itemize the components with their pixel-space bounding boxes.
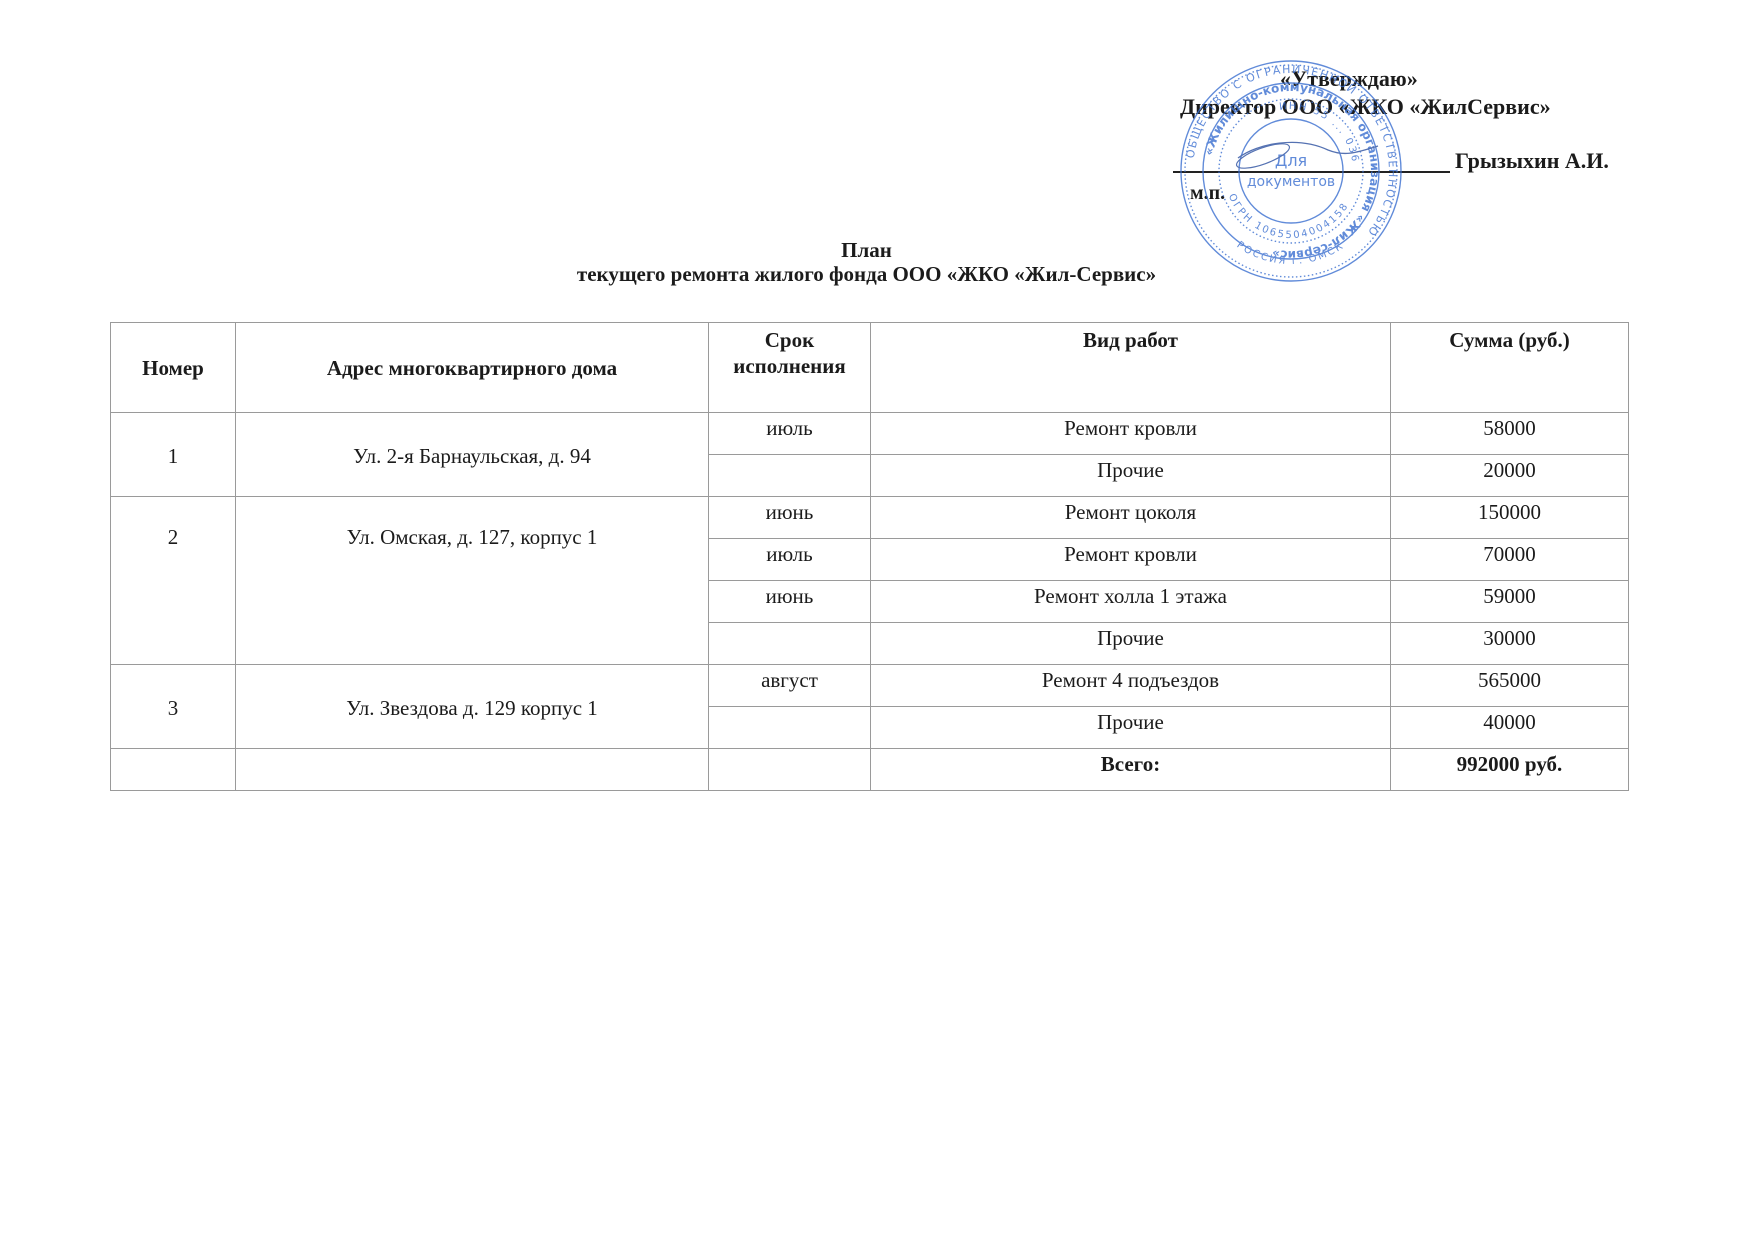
- cell-deadline: [709, 623, 871, 665]
- cell-sum: 30000: [1391, 623, 1629, 665]
- cell-work-type: Прочие: [871, 455, 1391, 497]
- cell-number: 1: [111, 413, 236, 497]
- table-row: 2Ул. Омская, д. 127, корпус 1июньРемонт …: [111, 497, 1629, 539]
- stamp-center-line1: Для: [1275, 151, 1307, 170]
- header-sum: Сумма (руб.): [1391, 323, 1629, 413]
- stamp-ogrn: ОГРН 1065504004158: [1226, 192, 1352, 241]
- cell-work-type: Ремонт кровли: [871, 413, 1391, 455]
- document-subtitle: текущего ремонта жилого фонда ООО «ЖКО «…: [0, 262, 1743, 286]
- signer-name: Грызыхин А.И.: [1455, 150, 1609, 172]
- table-row: 1Ул. 2-я Барнаульская, д. 94июльРемонт к…: [111, 413, 1629, 455]
- repair-plan-table: Номер Адрес многоквартирного дома Срок и…: [110, 322, 1629, 791]
- cell-work-type: Прочие: [871, 623, 1391, 665]
- cell-deadline: июль: [709, 539, 871, 581]
- cell-sum: 150000: [1391, 497, 1629, 539]
- cell-work-type: Ремонт 4 подъездов: [871, 665, 1391, 707]
- cell-deadline: июль: [709, 413, 871, 455]
- document-title: План: [0, 238, 1743, 262]
- cell-number: 2: [111, 497, 236, 665]
- cell-address: Ул. Омская, д. 127, корпус 1: [236, 497, 709, 665]
- header-number: Номер: [111, 323, 236, 413]
- cell-address: Ул. 2-я Барнаульская, д. 94: [236, 413, 709, 497]
- cell-sum: 40000: [1391, 707, 1629, 749]
- cell-address: Ул. Звездова д. 129 корпус 1: [236, 665, 709, 749]
- cell-deadline: июнь: [709, 581, 871, 623]
- header-work-type: Вид работ: [871, 323, 1391, 413]
- header-address: Адрес многоквартирного дома: [236, 323, 709, 413]
- table-total-row: Всего: 992000 руб.: [111, 749, 1629, 791]
- cell-work-type: Ремонт цоколя: [871, 497, 1391, 539]
- svg-text:ОГРН 1065504004158: ОГРН 1065504004158: [1226, 192, 1352, 241]
- total-value: 992000 руб.: [1391, 749, 1629, 791]
- cell-deadline: [709, 707, 871, 749]
- cell-work-type: Прочие: [871, 707, 1391, 749]
- cell-number: 3: [111, 665, 236, 749]
- cell-sum: 565000: [1391, 665, 1629, 707]
- cell-sum: 70000: [1391, 539, 1629, 581]
- cell-work-type: Ремонт кровли: [871, 539, 1391, 581]
- cell-sum: 59000: [1391, 581, 1629, 623]
- total-label: Всего:: [871, 749, 1391, 791]
- table-row: 3Ул. Звездова д. 129 корпус 1августРемон…: [111, 665, 1629, 707]
- cell-deadline: июнь: [709, 497, 871, 539]
- cell-sum: 58000: [1391, 413, 1629, 455]
- stamp-center-line2: документов: [1247, 174, 1335, 190]
- cell-deadline: август: [709, 665, 871, 707]
- cell-deadline: [709, 455, 871, 497]
- cell-sum: 20000: [1391, 455, 1629, 497]
- cell-work-type: Ремонт холла 1 этажа: [871, 581, 1391, 623]
- table-header-row: Номер Адрес многоквартирного дома Срок и…: [111, 323, 1629, 413]
- header-deadline: Срок исполнения: [709, 323, 871, 413]
